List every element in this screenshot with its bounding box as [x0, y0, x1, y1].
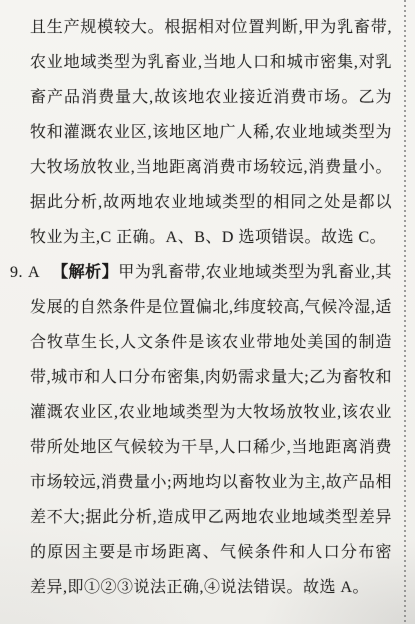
answer-item-9: 9.A【解析】甲为乳畜带,农业地域类型为乳畜业,其 发展的自然条件是位置偏北,纬…	[30, 255, 392, 605]
text-line: 畜产品消费量大,故该地农业接近消费市场。乙为畜	[30, 80, 392, 115]
text-line: 差不大;据此分析,造成甲乙两地农业地域类型差异	[30, 500, 392, 535]
text-line: 的原因主要是市场距离、气候条件和人口分布密度的	[30, 535, 392, 570]
text-line: 市场较远,消费量小;两地均以畜牧业为主,故产品相	[30, 465, 392, 500]
text-line: 大牧场放牧业,当地距离消费市场较远,消费量小。	[30, 150, 392, 185]
text-line: 农业地域类型为乳畜业,当地人口和城市密集,对乳	[30, 45, 392, 80]
text-line: 差异,即①②③说法正确,④说法错误。故选 A。	[30, 570, 392, 605]
text-line: 据此分析,故两地农业地域类型的相同之处是都以畜	[30, 185, 392, 220]
analysis-label: 【解析】	[52, 264, 118, 281]
text-line: 灌溉农业区,农业地域类型为大牧场放牧业,该农业	[30, 395, 392, 430]
text-line: 合牧草生长,人文条件是该农业带地处美国的制造业	[30, 325, 392, 360]
text-line: 发展的自然条件是位置偏北,纬度较高,气候冷湿,适	[30, 290, 392, 325]
text-line: 9.A【解析】甲为乳畜带,农业地域类型为乳畜业,其	[10, 255, 392, 290]
answer-item-8-continuation: 且生产规模较大。根据相对位置判断,甲为乳畜带, 农业地域类型为乳畜业,当地人口和…	[30, 10, 392, 255]
text-line-fragment: 甲为乳畜带,农业地域类型为乳畜业,其	[118, 264, 392, 281]
text-line: 牧业为主,C 正确。A、B、D 选项错误。故选 C。	[30, 220, 392, 255]
text-line: 牧和灌溉农业区,该地区地广人稀,农业地域类型为	[30, 115, 392, 150]
item-number: 9.	[10, 264, 23, 281]
scanned-answer-page: 且生产规模较大。根据相对位置判断,甲为乳畜带, 农业地域类型为乳畜业,当地人口和…	[0, 0, 415, 624]
answer-text-block: 且生产规模较大。根据相对位置判断,甲为乳畜带, 农业地域类型为乳畜业,当地人口和…	[30, 10, 392, 605]
perforation-dashed-line	[404, 0, 406, 624]
answer-letter: A	[28, 264, 40, 281]
text-line: 且生产规模较大。根据相对位置判断,甲为乳畜带,	[30, 10, 392, 45]
text-line: 带,城市和人口分布密集,肉奶需求量大;乙为畜牧和	[30, 360, 392, 395]
text-line: 带所处地区气候较为干旱,人口稀少,当地距离消费	[30, 430, 392, 465]
